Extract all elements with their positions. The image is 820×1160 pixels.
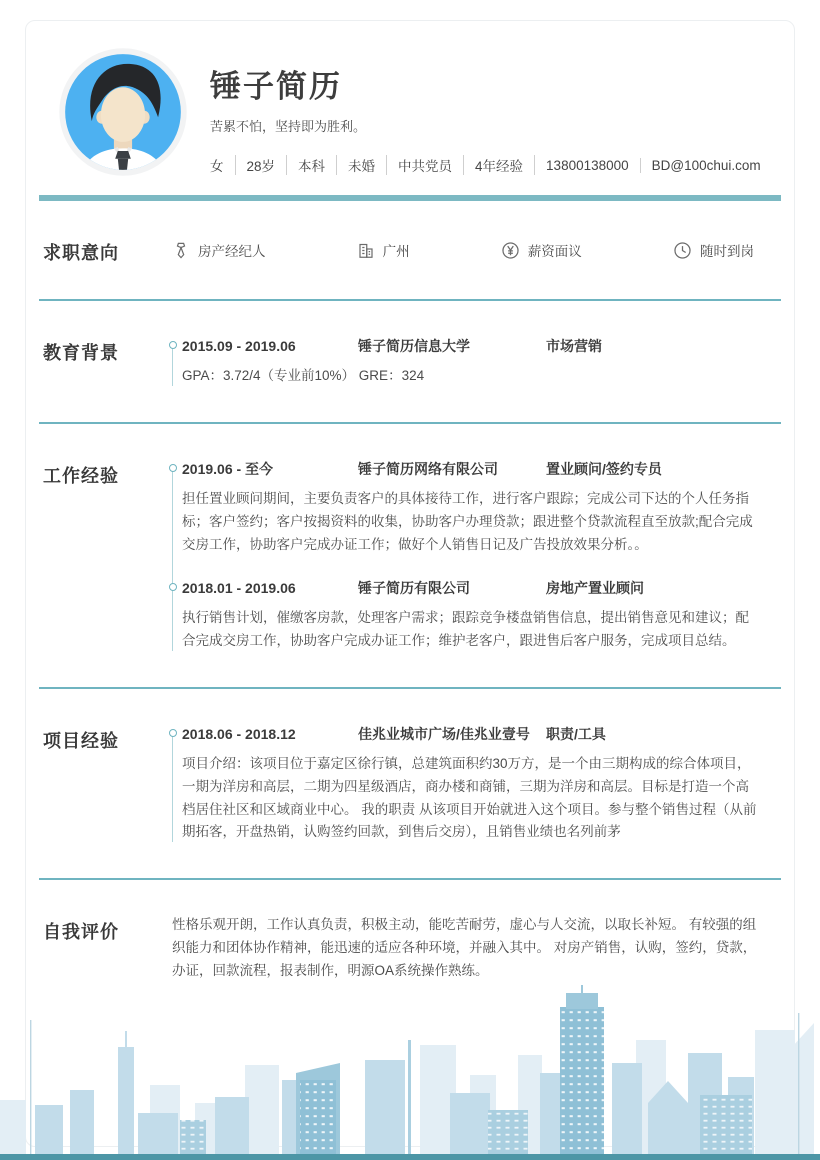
timeline-dot-icon xyxy=(169,464,177,472)
section-job-intent: 求职意向 房产经纪人 广州 xyxy=(26,201,794,299)
entry-detail: 执行销售计划，催缴客房款，处理客户需求；跟踪竞争楼盘销售信息，提出销售意见和建议… xyxy=(182,607,764,653)
avatar xyxy=(58,47,188,177)
intent-city: 广州 xyxy=(357,240,410,260)
basic-info-row: 女 28岁 本科 未婚 中共党员 4年经验 13800138000 BD@100… xyxy=(210,155,761,175)
entry-project-name: 佳兆业城市广场/佳兆业壹号 xyxy=(358,725,546,743)
entry-period: 2015.09 - 2019.06 xyxy=(182,337,358,355)
info-degree: 本科 xyxy=(298,155,337,175)
header-text-block: 锤子简历 苦累不怕，坚持即为胜利。 女 28岁 本科 未婚 中共党员 4年经验 … xyxy=(210,47,761,175)
building-icon xyxy=(357,241,375,260)
intent-position-label: 房产经纪人 xyxy=(198,240,266,260)
section-title: 求职意向 xyxy=(26,237,172,265)
section-work: 工作经验 2019.06 - 至今 锤子简历网络有限公司 置业顾问/签约专员 担… xyxy=(26,424,794,687)
timeline-dot-icon xyxy=(169,729,177,737)
education-entries: 2015.09 - 2019.06 锤子简历信息大学 市场营销 GPA：3.72… xyxy=(172,337,764,388)
education-entry: 2015.09 - 2019.06 锤子简历信息大学 市场营销 GPA：3.72… xyxy=(182,337,764,388)
project-entry: 2018.06 - 2018.12 佳兆业城市广场/佳兆业壹号 职责/工具 项目… xyxy=(182,725,764,845)
intent-items: 房产经纪人 广州 薪资面议 xyxy=(172,240,764,260)
entry-company: 锤子简历有限公司 xyxy=(358,579,546,597)
clock-icon xyxy=(673,241,692,260)
entry-detail: 担任置业顾问期间，主要负责客户的具体接待工作，进行客户跟踪；完成公司下达的个人任… xyxy=(182,488,764,557)
resume-card: 锤子简历 苦累不怕，坚持即为胜利。 女 28岁 本科 未婚 中共党员 4年经验 … xyxy=(25,20,795,1147)
info-email: BD@100chui.com xyxy=(652,158,761,173)
entry-major: 市场营销 xyxy=(546,337,764,355)
evaluation-text: 性格乐观开朗，工作认真负责，积极主动，能吃苦耐劳，虚心与人交流，以取长补短。 有… xyxy=(172,914,764,983)
page-title: 锤子简历 xyxy=(210,61,761,106)
entry-period: 2018.01 - 2019.06 xyxy=(182,579,358,597)
section-project: 项目经验 2018.06 - 2018.12 佳兆业城市广场/佳兆业壹号 职责/… xyxy=(26,689,794,879)
section-title: 工作经验 xyxy=(26,460,172,653)
intent-availability-label: 随时到岗 xyxy=(700,240,754,260)
work-entry: 2019.06 - 至今 锤子简历网络有限公司 置业顾问/签约专员 担任置业顾问… xyxy=(182,460,764,557)
entry-period: 2018.06 - 2018.12 xyxy=(182,725,358,743)
intent-salary-label: 薪资面议 xyxy=(528,240,582,260)
intent-salary: 薪资面议 xyxy=(501,240,582,260)
info-experience: 4年经验 xyxy=(475,155,535,175)
entry-detail: GPA：3.72/4（专业前10%） GRE：324 xyxy=(182,365,764,388)
section-title: 教育背景 xyxy=(26,337,172,388)
section-title: 自我评价 xyxy=(26,916,172,983)
work-entries: 2019.06 - 至今 锤子简历网络有限公司 置业顾问/签约专员 担任置业顾问… xyxy=(172,460,764,653)
slogan: 苦累不怕，坚持即为胜利。 xyxy=(210,116,761,135)
intent-position: 房产经纪人 xyxy=(172,240,266,260)
info-age: 28岁 xyxy=(247,155,288,175)
info-political: 中共党员 xyxy=(398,155,464,175)
timeline-dot-icon xyxy=(169,583,177,591)
intent-city-label: 广州 xyxy=(383,240,410,260)
info-phone: 13800138000 xyxy=(546,158,641,173)
project-entries: 2018.06 - 2018.12 佳兆业城市广场/佳兆业壹号 职责/工具 项目… xyxy=(172,725,764,845)
salary-icon xyxy=(501,241,520,260)
resume-header: 锤子简历 苦累不怕，坚持即为胜利。 女 28岁 本科 未婚 中共党员 4年经验 … xyxy=(26,21,794,177)
work-entry: 2018.01 - 2019.06 锤子简历有限公司 房地产置业顾问 执行销售计… xyxy=(182,579,764,653)
section-title: 项目经验 xyxy=(26,725,172,845)
entry-role: 职责/工具 xyxy=(546,725,764,743)
tie-icon xyxy=(172,241,190,260)
info-gender: 女 xyxy=(210,155,236,175)
entry-company: 锤子简历网络有限公司 xyxy=(358,460,546,478)
entry-period: 2019.06 - 至今 xyxy=(182,460,358,478)
entry-school: 锤子简历信息大学 xyxy=(358,337,546,355)
entry-position: 置业顾问/签约专员 xyxy=(546,460,764,478)
intent-availability: 随时到岗 xyxy=(673,240,754,260)
section-education: 教育背景 2015.09 - 2019.06 锤子简历信息大学 市场营销 GPA… xyxy=(26,301,794,422)
info-marital: 未婚 xyxy=(348,155,387,175)
male-avatar-illustration xyxy=(58,47,188,177)
timeline-dot-icon xyxy=(169,341,177,349)
section-self-evaluation: 自我评价 性格乐观开朗，工作认真负责，积极主动，能吃苦耐劳，虚心与人交流，以取长… xyxy=(26,880,794,1017)
entry-position: 房地产置业顾问 xyxy=(546,579,764,597)
bottom-accent-bar xyxy=(0,1154,820,1160)
entry-detail: 项目介绍：该项目位于嘉定区徐行镇，总建筑面积约30万方，是一个由三期构成的综合体… xyxy=(182,753,764,845)
